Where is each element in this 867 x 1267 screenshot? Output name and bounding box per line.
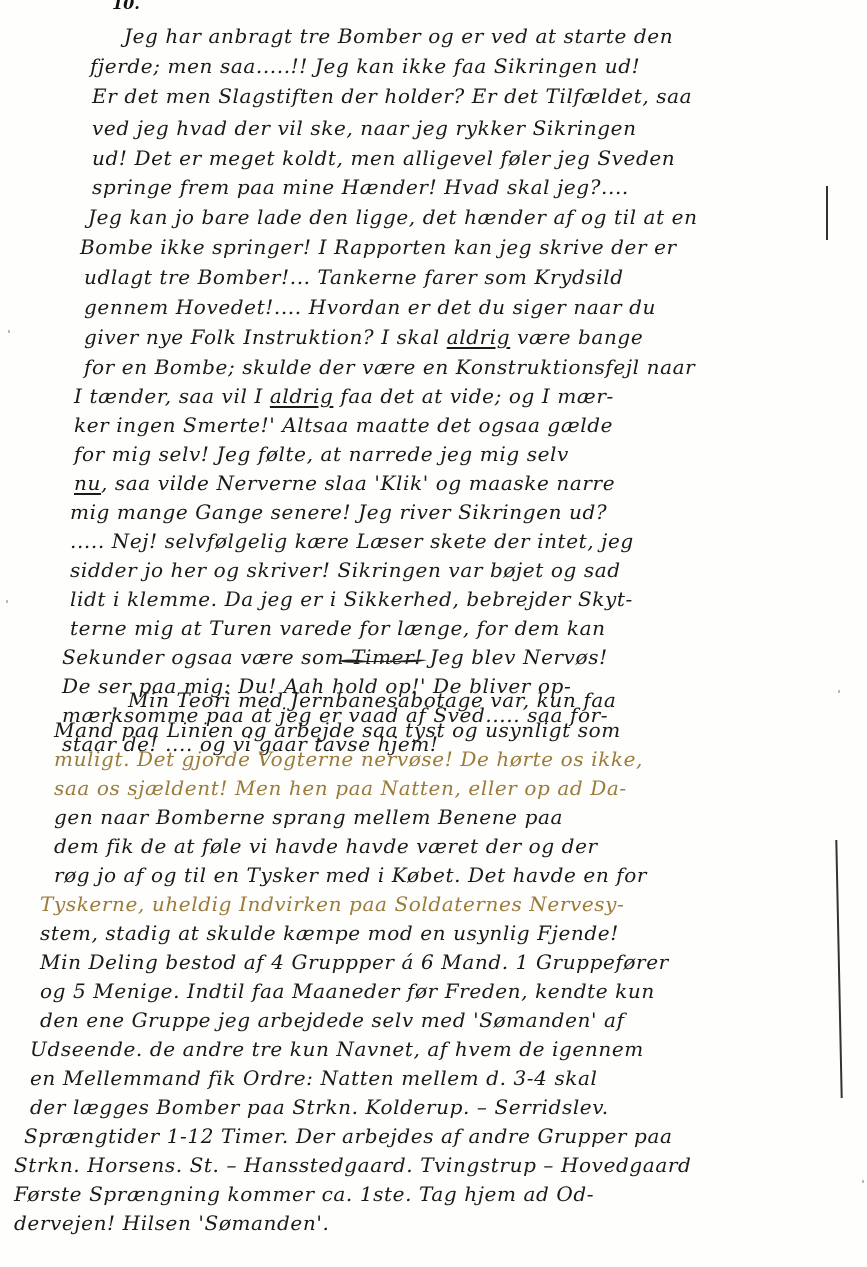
text-line: for en Bombe; skulde der være en Konstru… [84,355,695,379]
text-line: saa os sjældent! Men hen paa Natten, ell… [54,776,627,800]
scan-speckle [8,330,10,333]
page-number: 10. [112,0,140,13]
text-line: ved jeg hvad der vil ske, naar jeg rykke… [92,116,637,140]
text-line: Sekunder ogsaa være som Timer! Jeg blev … [62,645,608,669]
text-line: Tyskerne, uheldig Indvirken paa Soldater… [40,892,624,916]
scan-speckle [838,690,840,693]
text-line: I tænder, saa vil I aldrig faa det at vi… [74,384,614,408]
text-line: giver nye Folk Instruktion? I skal aldri… [84,325,643,349]
text-line: ud! Det er meget koldt, men alligevel fø… [92,146,675,170]
text-line: Bombe ikke springer! I Rapporten kan jeg… [80,235,677,259]
text-line: den ene Gruppe jeg arbejdede selv med 'S… [40,1008,625,1032]
text-line: for mig selv! Jeg følte, at narrede jeg … [74,442,569,466]
section-divider-ornament [337,658,429,664]
margin-line-upper [826,186,828,240]
text-line: stem, stadig at skulde kæmpe mod en usyn… [40,921,619,945]
text-line: muligt. Det gjorde Vogterne nervøse! De … [54,747,643,771]
document-page: 10. Jeg har anbragt tre Bomber og er ved… [0,0,867,1267]
text-line: Udseende. de andre tre kun Navnet, af hv… [30,1037,644,1061]
text-line: dem fik de at føle vi havde havde været … [54,834,598,858]
text-line: sidder jo her og skriver! Sikringen var … [70,558,621,582]
text-line: springe frem paa mine Hænder! Hvad skal … [92,175,629,199]
text-line: terne mig at Turen varede for længe, for… [70,616,606,640]
text-line: Min Teori med Jernbanesabotage var, kun … [128,688,616,712]
text-line: fjerde; men saa.....!! Jeg kan ikke faa … [90,54,640,78]
text-line: udlagt tre Bomber!... Tankerne farer som… [84,265,624,289]
text-line: Mand paa Linien og arbejde saa tyst og u… [54,718,621,742]
text-line: mig mange Gange senere! Jeg river Sikrin… [70,500,607,524]
text-line: dervejen! Hilsen 'Sømanden'. [14,1211,329,1235]
text-line: der lægges Bomber paa Strkn. Kolderup. –… [30,1095,609,1119]
text-line: Er det men Slagstiften der holder? Er de… [92,84,692,108]
text-line: ..... Nej! selvfølgelig kære Læser skete… [70,529,634,553]
text-line: nu, saa vilde Nerverne slaa 'Klik' og ma… [74,471,615,495]
text-line: røg jo af og til en Tysker med i Købet. … [54,863,647,887]
scan-speckle [862,1180,864,1183]
text-line: en Mellemmand fik Ordre: Natten mellem d… [30,1066,598,1090]
text-line: Jeg har anbragt tre Bomber og er ved at … [124,24,673,48]
text-line: Jeg kan jo bare lade den ligge, det hænd… [88,205,698,229]
scan-speckle [6,600,8,603]
text-line: Sprængtider 1-12 Timer. Der arbejdes af … [24,1124,673,1148]
text-line: gen naar Bomberne sprang mellem Benene p… [54,805,563,829]
text-line: og 5 Menige. Indtil faa Maaneder før Fre… [40,979,655,1003]
text-line: Første Sprængning kommer ca. 1ste. Tag h… [14,1182,594,1206]
text-line: lidt i klemme. Da jeg er i Sikkerhed, be… [70,587,633,611]
text-line: Min Deling bestod af 4 Gruppper á 6 Mand… [40,950,669,974]
text-line: Strkn. Horsens. St. – Hansstedgaard. Tvi… [14,1153,691,1177]
text-line: gennem Hovedet!.... Hvordan er det du si… [84,295,656,319]
margin-line-lower [835,840,842,1098]
text-line: ker ingen Smerte!' Altsaa maatte det ogs… [74,413,613,437]
